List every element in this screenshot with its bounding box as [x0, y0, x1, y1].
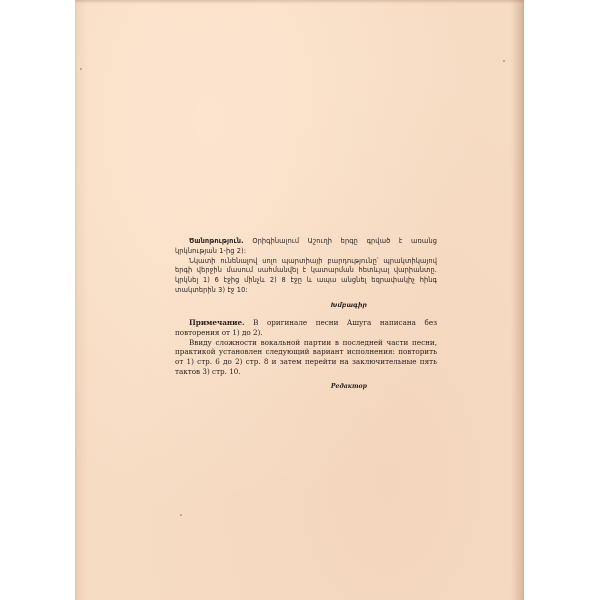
- russian-paragraph-1: Примечание. В оригинале песни Ашуга напи…: [175, 318, 437, 338]
- armenian-paragraph-2: Նկատի ունենալով սոլո պարտիայի բարդությու…: [175, 257, 437, 296]
- russian-note-heading: Примечание.: [189, 318, 245, 327]
- paper-speck: [180, 514, 182, 516]
- russian-editor-note: Примечание. В оригинале песни Ашуга напи…: [175, 318, 437, 392]
- armenian-paragraph-1: Ծանոթություն. Օրիգինալում Աշուղի երգը գր…: [175, 237, 437, 257]
- russian-paragraph-2: Ввиду сложности вокальной партии в после…: [175, 338, 437, 377]
- paper-speck: [503, 60, 505, 62]
- russian-signature: Редактор: [175, 382, 437, 392]
- armenian-note-heading: Ծանոթություն.: [189, 237, 244, 245]
- armenian-editor-note: Ծանոթություն. Օրիգինալում Աշուղի երգը գր…: [175, 237, 437, 311]
- paper-speck: [80, 68, 82, 70]
- armenian-signature: Խմբագիր: [175, 301, 437, 311]
- scanned-page: Ծանոթություն. Օրիգինալում Աշուղի երգը գր…: [75, 0, 524, 600]
